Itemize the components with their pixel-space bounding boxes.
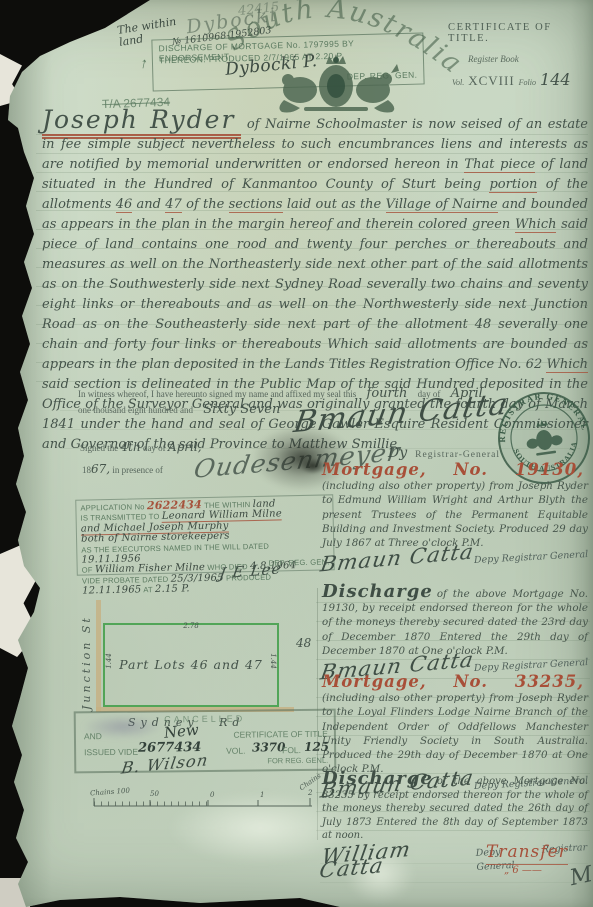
printed-text: day of (143, 443, 166, 453)
endorsement-mortgage-19130: Mortgage, No. 19130,(including also othe… (322, 463, 588, 565)
deed-text-segment: Which (546, 357, 588, 373)
handwritten-day: 4th (121, 440, 141, 454)
dimension-top: 2.78 (183, 622, 199, 630)
corner-scribble: M (568, 862, 593, 891)
scale-label: 2 (308, 789, 312, 797)
plan-scale-bar: Chains 100 50 0 1 2 Chains (90, 784, 330, 816)
endorsement-body: (including also other property) from Jos… (322, 480, 588, 549)
handwritten-month: April, (168, 440, 202, 454)
svg-text:South Australia: South Australia (228, 0, 468, 80)
page-title: CERTIFICATE OF TITLE. (448, 22, 593, 44)
printed-text: Registrar-General (415, 450, 500, 460)
endorsement-discharge-19130: Dischargeof the above Mortgage No. 19130… (322, 585, 588, 673)
deed-text-segment: and (132, 197, 165, 212)
cancelled-stamp: CANCELLED AND New CERTIFICATE OF TITLE I… (74, 709, 337, 774)
stamp-line: VIDE PROBATE DATED 25/3/1965 PRODUCED 12… (82, 571, 330, 597)
application-transmission-stamp: APPLICATION No 2622434 THE WITHIN land I… (75, 494, 335, 575)
register-book-label: Register Book (468, 54, 519, 64)
stamp-text: CERTIFICATE OF TITLE (233, 729, 328, 740)
witness-clause-line2: one thousand eight hundred and Sixty Sev… (78, 402, 288, 417)
folio-label: Folio (519, 78, 536, 87)
street-label-junction: Junction St (80, 590, 93, 710)
deed-text-segment: Joseph Ryder (42, 105, 241, 139)
transfer-label: Transfer (486, 842, 568, 865)
endorsement-heading: Mortgage, No. 19130, (322, 460, 584, 479)
scale-label: 50 (150, 790, 159, 798)
lot-label: Part Lots 46 and 47 (105, 657, 277, 672)
transfer-note: Transfer „ 6 —— (486, 842, 568, 876)
handwritten-year: Sixty Seven (203, 402, 280, 417)
stamp-text: AND (84, 731, 102, 741)
certificate-paper: 42415 Dybocki The within land № 1610968-… (0, 0, 593, 907)
handwritten-year: 67, (91, 462, 110, 476)
document-photo: 42415 Dybocki The within land № 1610968-… (0, 0, 593, 907)
deed-text-segment: laid out as the (283, 197, 386, 212)
signature-row: Bmaun Catta Depy Registrar General (322, 551, 588, 565)
deed-text-segment: Village of Nairne (386, 197, 498, 213)
deed-text-segment: 47 (165, 197, 182, 213)
scale-label: 0 (210, 791, 214, 799)
printed-text: one thousand eight hundred and (78, 405, 193, 415)
signed-line1: Signed the 4th day of April, (80, 440, 202, 454)
scale-label: 1 (260, 791, 264, 799)
deed-text-segment: portion (489, 177, 537, 193)
transfer-mark: „ 6 —— (504, 865, 568, 876)
dimension-right: 1.44 (269, 653, 277, 669)
dimension-left: 1.44 (105, 653, 113, 669)
adjacent-lot-number: 48 (296, 636, 311, 650)
stamp-office: FOR REG. GENL. (267, 756, 328, 766)
new-volume: 3370 (252, 740, 286, 754)
stamp-text: ISSUED VIDE (84, 747, 138, 758)
cancelled-label: CANCELLED (76, 713, 334, 726)
printed-text: in presence of (112, 465, 162, 475)
endorsement-heading: Discharge (322, 768, 433, 789)
signed-line2: 1867, in presence of (82, 462, 163, 476)
printed-text: 18 (82, 465, 91, 475)
stamp-text: FOL. (282, 745, 301, 755)
deed-text-segment: That piece (464, 157, 535, 173)
handwritten-new: New (163, 721, 199, 742)
arrow-mark: ↑ (138, 55, 149, 73)
printed-text: Signed the (80, 443, 118, 453)
volume-folio: Vol. XCVIII Folio 144 (452, 70, 571, 90)
deed-text-segment: of the (182, 197, 229, 212)
vol-value: XCVIII (468, 73, 514, 88)
plan-lot-outline: Part Lots 46 and 47 2.78 1.44 1.44 (103, 623, 279, 707)
endorsement-heading: Discharge (322, 581, 433, 602)
endorsement-heading: Mortgage, No. 33235, (322, 672, 584, 691)
deed-text-segment: Which (515, 217, 557, 233)
stamp-text: VOL. (226, 746, 245, 756)
printed-text: In witness whereof, I have hereunto sign… (78, 389, 356, 399)
arched-state-name: South Australia (228, 0, 468, 92)
endorsement-body: (including also other property) from Jos… (322, 692, 588, 775)
deed-text-segment: 46 (116, 197, 133, 213)
road-edge-strip (96, 600, 101, 712)
deed-text-segment: said piece of land contains one rood and… (42, 217, 588, 372)
officer-title: Depy Registrar General (473, 548, 588, 568)
vol-label: Vol. (452, 78, 464, 87)
folio-value: 144 (540, 70, 571, 89)
deed-text-segment: sections (229, 197, 283, 213)
